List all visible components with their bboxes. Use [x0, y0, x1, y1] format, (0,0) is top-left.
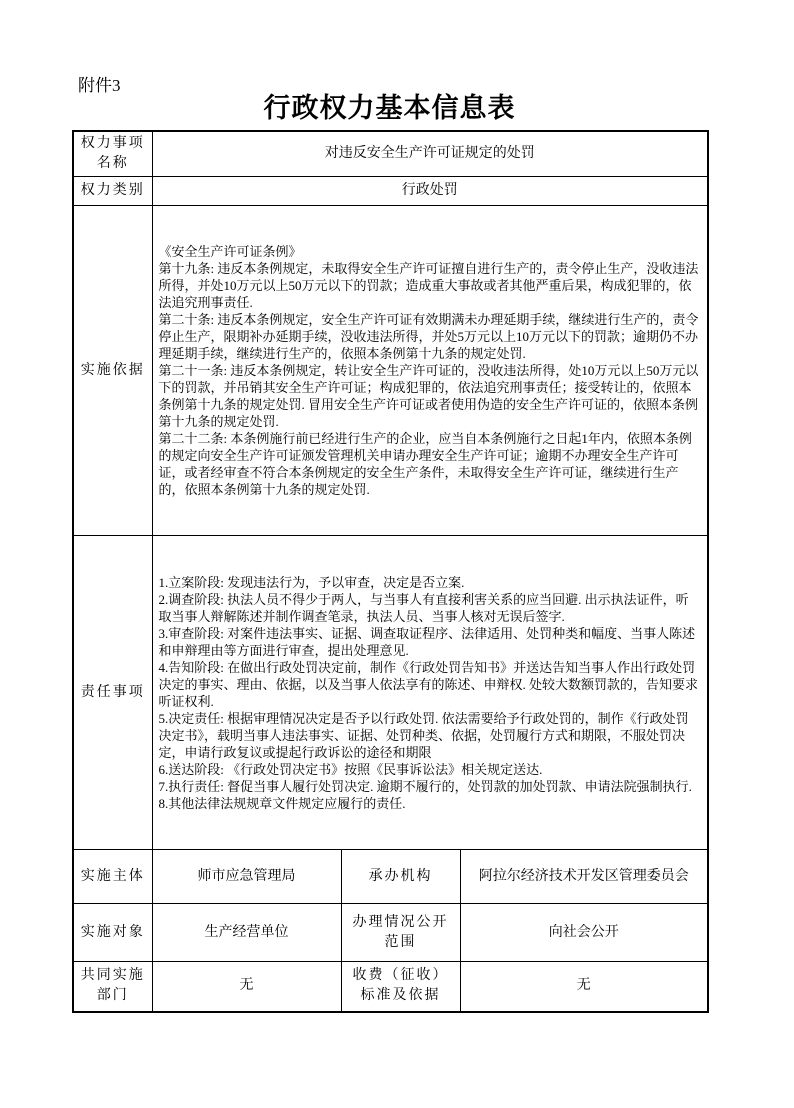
row-label: 共同实施部门 — [73, 962, 152, 1012]
row-label: 实施对象 — [73, 904, 152, 962]
row-label-2: 承办机构 — [341, 850, 460, 904]
table-row-joint-implementation-dept: 共同实施部门 无 收费（征收）标准及依据 无 — [73, 962, 708, 1012]
row-value: 行政处罚 — [152, 177, 708, 206]
table-row-implementation-basis: 实施依据 《安全生产许可证条例》 第十九条: 违反本条例规定，未取得安全生产许可… — [73, 206, 708, 536]
row-label: 权力类别 — [73, 177, 152, 206]
row-value-2: 无 — [460, 962, 708, 1012]
row-value-2: 阿拉尔经济技术开发区管理委员会 — [460, 850, 708, 904]
row-label: 实施主体 — [73, 850, 152, 904]
info-table: 权力事项名称 对违反安全生产许可证规定的处罚 权力类别 行政处罚 实施依据 《安… — [72, 130, 709, 1013]
row-value: 师市应急管理局 — [152, 850, 341, 904]
row-value: 对违反安全生产许可证规定的处罚 — [152, 131, 708, 177]
row-label: 责任事项 — [73, 536, 152, 850]
table-row-power-item-name: 权力事项名称 对违反安全生产许可证规定的处罚 — [73, 131, 708, 177]
row-label-2: 收费（征收）标准及依据 — [341, 962, 460, 1012]
row-label-2: 办理情况公开范围 — [341, 904, 460, 962]
document-page: 附件3 行政权力基本信息表 权力事项名称 对违反安全生产许可证规定的处罚 权力类… — [0, 0, 794, 1108]
page-title: 行政权力基本信息表 — [72, 92, 707, 124]
row-value: 无 — [152, 962, 341, 1012]
table-row-power-category: 权力类别 行政处罚 — [73, 177, 708, 206]
table-row-implementing-body: 实施主体 师市应急管理局 承办机构 阿拉尔经济技术开发区管理委员会 — [73, 850, 708, 904]
row-value-2: 向社会公开 — [460, 904, 708, 962]
row-body-text: 《安全生产许可证条例》 第十九条: 违反本条例规定，未取得安全生产许可证擅自进行… — [152, 206, 708, 536]
row-label: 权力事项名称 — [73, 131, 152, 177]
row-value: 生产经营单位 — [152, 904, 341, 962]
row-body-text: 1.立案阶段: 发现违法行为，予以审查，决定是否立案. 2.调查阶段: 执法人员… — [152, 536, 708, 850]
table-row-implementation-target: 实施对象 生产经营单位 办理情况公开范围 向社会公开 — [73, 904, 708, 962]
row-label: 实施依据 — [73, 206, 152, 536]
table-row-responsibility-items: 责任事项 1.立案阶段: 发现违法行为，予以审查，决定是否立案. 2.调查阶段:… — [73, 536, 708, 850]
